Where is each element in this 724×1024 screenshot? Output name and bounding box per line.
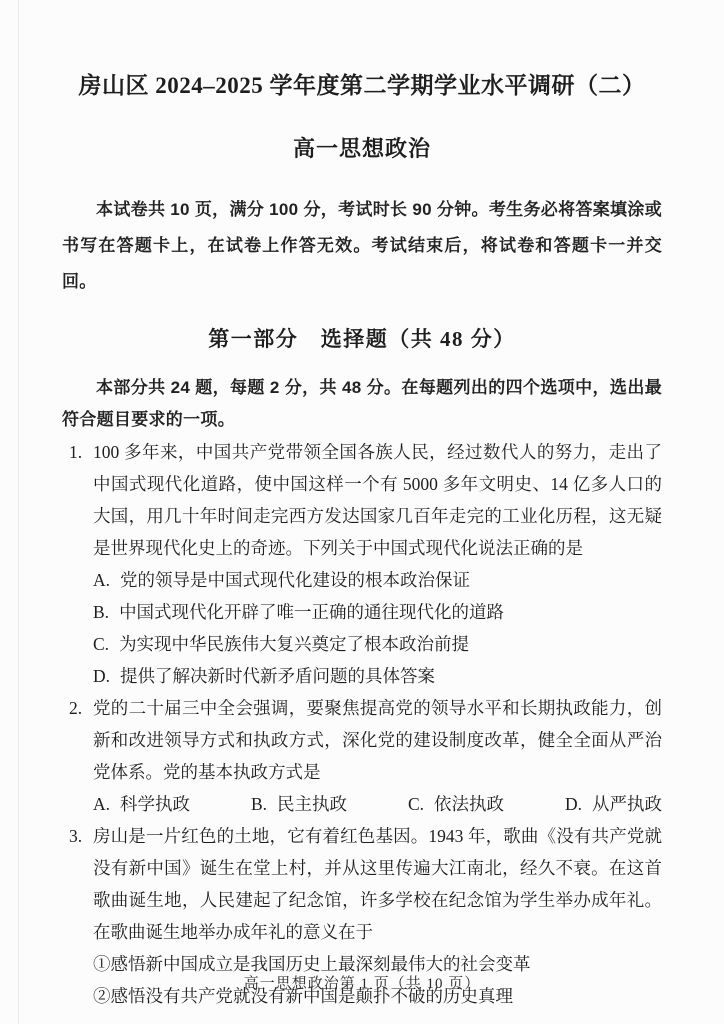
question-3-stem-row: 3. 房山是一片红色的土地，它有着红色基因。1943 年，歌曲《没有共产党就没有… — [62, 820, 662, 948]
exam-instructions: 本试卷共 10 页，满分 100 分，考试时长 90 分钟。考生务必将答案填涂或… — [62, 192, 662, 300]
page-subtitle: 高一思想政治 — [62, 136, 662, 162]
exam-page: 房山区 2024–2025 学年度第二学期学业水平调研（二） 高一思想政治 本试… — [0, 0, 724, 1024]
question-number: 3. — [62, 820, 93, 948]
option-label: D. — [93, 666, 110, 686]
question-stem: 房山是一片红色的土地，它有着红色基因。1943 年，歌曲《没有共产党就没有新中国… — [93, 820, 662, 948]
option-text: 中国式现代化开辟了唯一正确的通往现代化的道路 — [119, 602, 504, 622]
question-1: 1. 100 多年来，中国共产党带领全国各族人民，经过数代人的努力，走出了中国式… — [62, 436, 662, 692]
question-list: 1. 100 多年来，中国共产党带领全国各族人民，经过数代人的努力，走出了中国式… — [62, 436, 662, 1012]
page-title: 房山区 2024–2025 学年度第二学期学业水平调研（二） — [62, 72, 662, 100]
question-1-stem-row: 1. 100 多年来，中国共产党带领全国各族人民，经过数代人的努力，走出了中国式… — [62, 436, 662, 564]
option-text: 依法执政 — [434, 794, 504, 814]
option-label: A. — [93, 794, 110, 814]
option-label: B. — [93, 602, 109, 622]
question-number: 2. — [62, 692, 93, 788]
option-text: 提供了解决新时代新矛盾问题的具体答案 — [120, 666, 435, 686]
option-label: B. — [251, 794, 267, 814]
question-2: 2. 党的二十届三中全会强调，要聚焦提高党的领导水平和长期执政能力，创新和改进领… — [62, 692, 662, 820]
section-intro: 本部分共 24 题，每题 2 分，共 48 分。在每题列出的四个选项中，选出最符… — [62, 372, 662, 436]
question-2-options-row: A.科学执政 B.民主执政 C.依法执政 D.从严执政 — [62, 788, 662, 820]
question-1-option-a: A.党的领导是中国式现代化建设的根本政治保证 — [62, 564, 662, 596]
page-footer: 高一思想政治第 1 页（共 10 页） — [0, 974, 724, 994]
option-label: A. — [93, 570, 110, 590]
option-label: C. — [93, 634, 109, 654]
question-1-option-c: C.为实现中华民族伟大复兴奠定了根本政治前提 — [62, 628, 662, 660]
option-text: 科学执政 — [120, 794, 190, 814]
question-2-option-c: C.依法执政 — [408, 788, 504, 820]
option-text: 为实现中华民族伟大复兴奠定了根本政治前提 — [119, 634, 469, 654]
question-2-stem-row: 2. 党的二十届三中全会强调，要聚焦提高党的领导水平和长期执政能力，创新和改进领… — [62, 692, 662, 788]
question-number: 1. — [62, 436, 93, 564]
option-text: 党的领导是中国式现代化建设的根本政治保证 — [120, 570, 470, 590]
option-text: 民主执政 — [277, 794, 347, 814]
question-stem: 党的二十届三中全会强调，要聚焦提高党的领导水平和长期执政能力，创新和改进领导方式… — [93, 692, 662, 788]
question-2-option-b: B.民主执政 — [251, 788, 347, 820]
section-heading: 第一部分 选择题（共 48 分） — [62, 326, 662, 352]
question-2-option-d: D.从严执政 — [565, 788, 662, 820]
question-2-option-a: A.科学执政 — [93, 788, 190, 820]
question-1-option-d: D.提供了解决新时代新矛盾问题的具体答案 — [62, 660, 662, 692]
question-stem: 100 多年来，中国共产党带领全国各族人民，经过数代人的努力，走出了中国式现代化… — [93, 436, 662, 564]
option-text: 从严执政 — [592, 794, 662, 814]
scan-edge-line — [18, 0, 19, 1024]
option-label: C. — [408, 794, 424, 814]
option-label: D. — [565, 794, 582, 814]
question-1-option-b: B.中国式现代化开辟了唯一正确的通往现代化的道路 — [62, 596, 662, 628]
